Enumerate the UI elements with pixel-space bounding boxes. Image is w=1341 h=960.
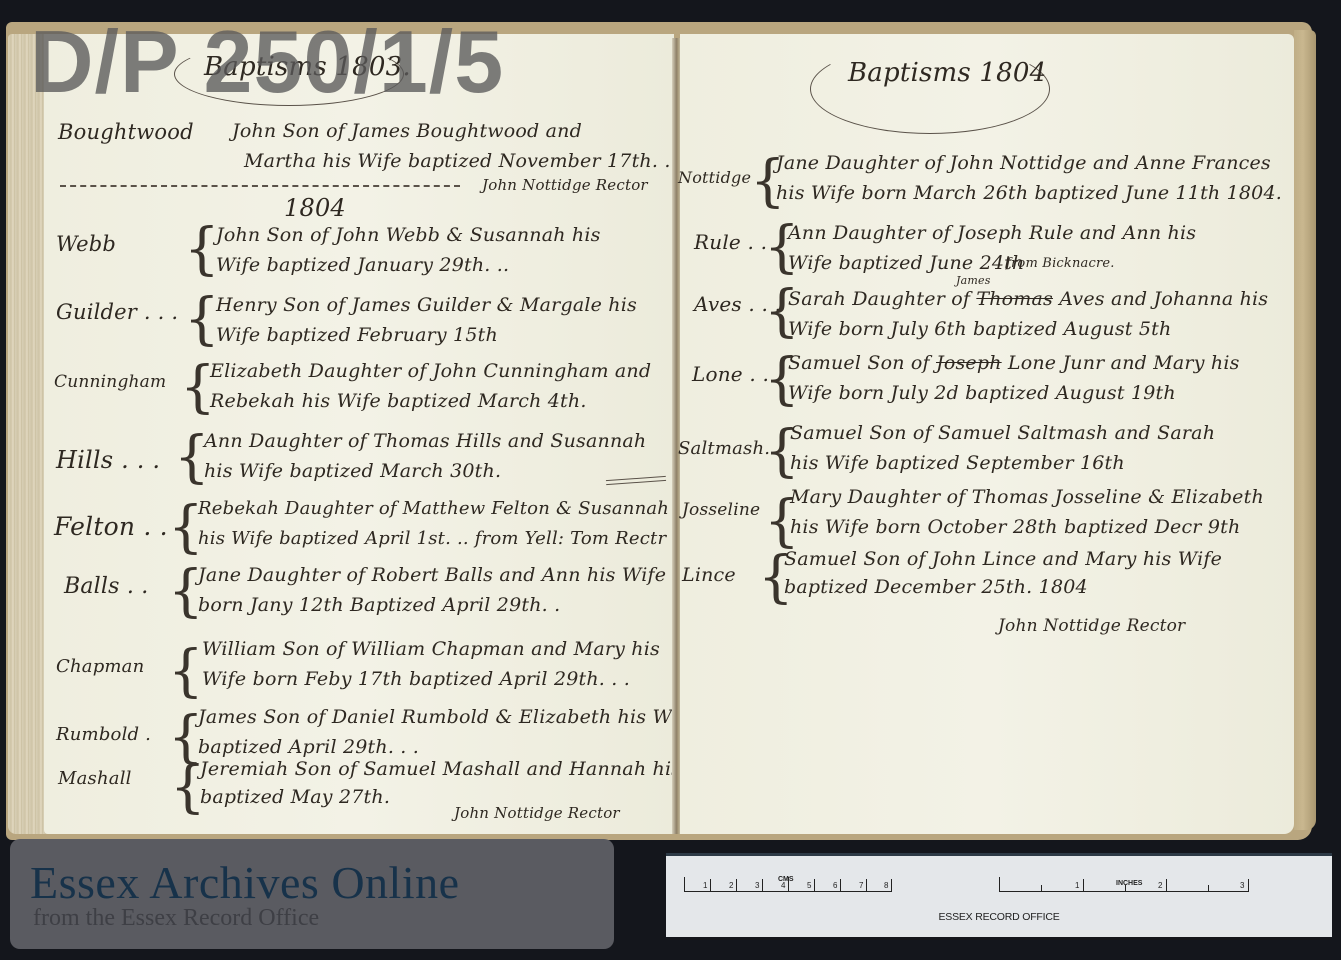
entry-line: Ann Daughter of Thomas Hills and Susanna… [204, 426, 646, 456]
entry-surname: Guilder . . . [56, 300, 178, 324]
entry-text: Lone Junr and Mary his [1002, 352, 1240, 374]
struck-name: Thomas [976, 288, 1053, 310]
entry-surname: Webb [56, 232, 116, 256]
rector-signature: John Nottidge Rector [454, 804, 620, 822]
entry-line: William Son of William Chapman and Mary … [202, 634, 660, 664]
entry-line: baptized December 25th. 1804 [784, 572, 1088, 602]
entry-line: baptized May 27th. [200, 782, 390, 812]
rector-signature: John Nottidge Rector [998, 616, 1185, 636]
entry-text: Samuel Son of [788, 352, 936, 374]
entry-divider [60, 185, 460, 187]
brace: { [168, 644, 204, 700]
right-page: Baptisms 1804 Nottidge { Jane Daughter o… [680, 34, 1294, 834]
entry-line: his Wife baptized September 16th [790, 448, 1125, 478]
entry-line: Jeremiah Son of Samuel Mashall and Hanna… [200, 754, 732, 784]
entry-line: Jane Daughter of John Nottidge and Anne … [776, 148, 1271, 178]
entry-line: his Wife born March 26th baptized June 1… [776, 178, 1282, 208]
entry-line: Samuel Son of Samuel Saltmash and Sarah [790, 418, 1215, 448]
page-edges [8, 34, 48, 834]
document-reference: D/P 250/1/5 [30, 18, 504, 106]
left-page: Baptisms 1803. Boughtwood John Son of Ja… [44, 34, 674, 834]
entry-line: Mary Daughter of Thomas Josseline & Eliz… [790, 482, 1264, 512]
entry-line: John Son of John Webb & Susannah his [216, 220, 601, 250]
margin-note: from Bicknacre. [1006, 256, 1115, 271]
entry-surname: Hills . . . [56, 446, 160, 474]
entry-line: Wife born July 2d baptized August 19th [788, 378, 1176, 408]
entry-surname: Boughtwood [58, 120, 194, 144]
entry-line: Henry Son of James Guilder & Margale his [216, 290, 637, 320]
book-cover-edge [1294, 30, 1316, 830]
entry-line: Sarah Daughter of Thomas Aves and Johann… [788, 284, 1268, 314]
entry-surname: Saltmash. [678, 438, 770, 459]
entry-surname: Josseline [682, 500, 760, 520]
cm-label: CMS [778, 876, 794, 883]
entry-surname: Chapman [56, 656, 144, 677]
entry-line: Samuel Son of Joseph Lone Junr and Mary … [788, 348, 1240, 378]
entry-line: Rebekah Daughter of Matthew Felton & Sus… [198, 494, 669, 524]
entry-text: Aves and Johanna his [1053, 288, 1268, 310]
entry-line: Wife born July 6th baptized August 5th [788, 314, 1171, 344]
entry-surname: Felton . . [54, 512, 168, 541]
entry-line: his Wife baptized April 1st. .. from Yel… [198, 524, 666, 554]
entry-line: Ann Daughter of Joseph Rule and Ann his [788, 218, 1196, 248]
entry-line: his Wife born October 28th baptized Decr… [790, 512, 1240, 542]
entry-line: James Son of Daniel Rumbold & Elizabeth … [198, 702, 697, 732]
scale-ruler: 1 2 3 4 5 6 7 8 CMS 1 2 3 INCHES ESSEX R… [666, 853, 1332, 937]
entry-surname: Lince [682, 564, 736, 586]
entry-line: Wife baptized January 29th. .. [216, 250, 509, 280]
entry-line: Martha his Wife baptized November 17th. … [244, 146, 689, 176]
entry-line: Wife born Feby 17th baptized April 29th.… [202, 664, 630, 694]
entry-surname: Nottidge [678, 168, 751, 187]
entry-line: Elizabeth Daughter of John Cunningham an… [210, 356, 651, 386]
entry-line: John Son of James Boughtwood and [232, 116, 582, 146]
entry-line: born Jany 12th Baptized April 29th. . [198, 590, 560, 620]
entry-surname: Balls . . [64, 574, 148, 599]
entry-surname: Cunningham [54, 372, 166, 392]
entry-line: Rebekah his Wife baptized March 4th. [210, 386, 587, 416]
brace: { [184, 292, 220, 348]
struck-name: Joseph [936, 352, 1002, 374]
entry-line: Samuel Son of John Lince and Mary his Wi… [784, 544, 1222, 574]
watermark-subtitle: from the Essex Record Office [33, 904, 319, 932]
ruler-brand: ESSEX RECORD OFFICE [666, 911, 1332, 923]
watermark-title: Essex Archives Online [30, 858, 460, 908]
brace: { [184, 222, 220, 278]
entry-line: his Wife baptized March 30th. [204, 456, 501, 486]
entry-line: Wife baptized February 15th [216, 320, 498, 350]
rector-signature: John Nottidge Rector [482, 176, 648, 194]
entry-surname: Rumbold . [56, 724, 151, 745]
entry-text: Sarah Daughter of [788, 288, 976, 310]
year-subheading: 1804 [284, 194, 346, 222]
entry-surname: Rule . . [694, 230, 767, 254]
entry-line: Jane Daughter of Robert Balls and Ann hi… [198, 560, 666, 590]
inch-label: INCHES [1116, 880, 1142, 887]
inserted-name: James [956, 274, 991, 287]
right-page-heading: Baptisms 1804 [848, 58, 1046, 88]
entry-surname: Mashall [58, 768, 132, 789]
